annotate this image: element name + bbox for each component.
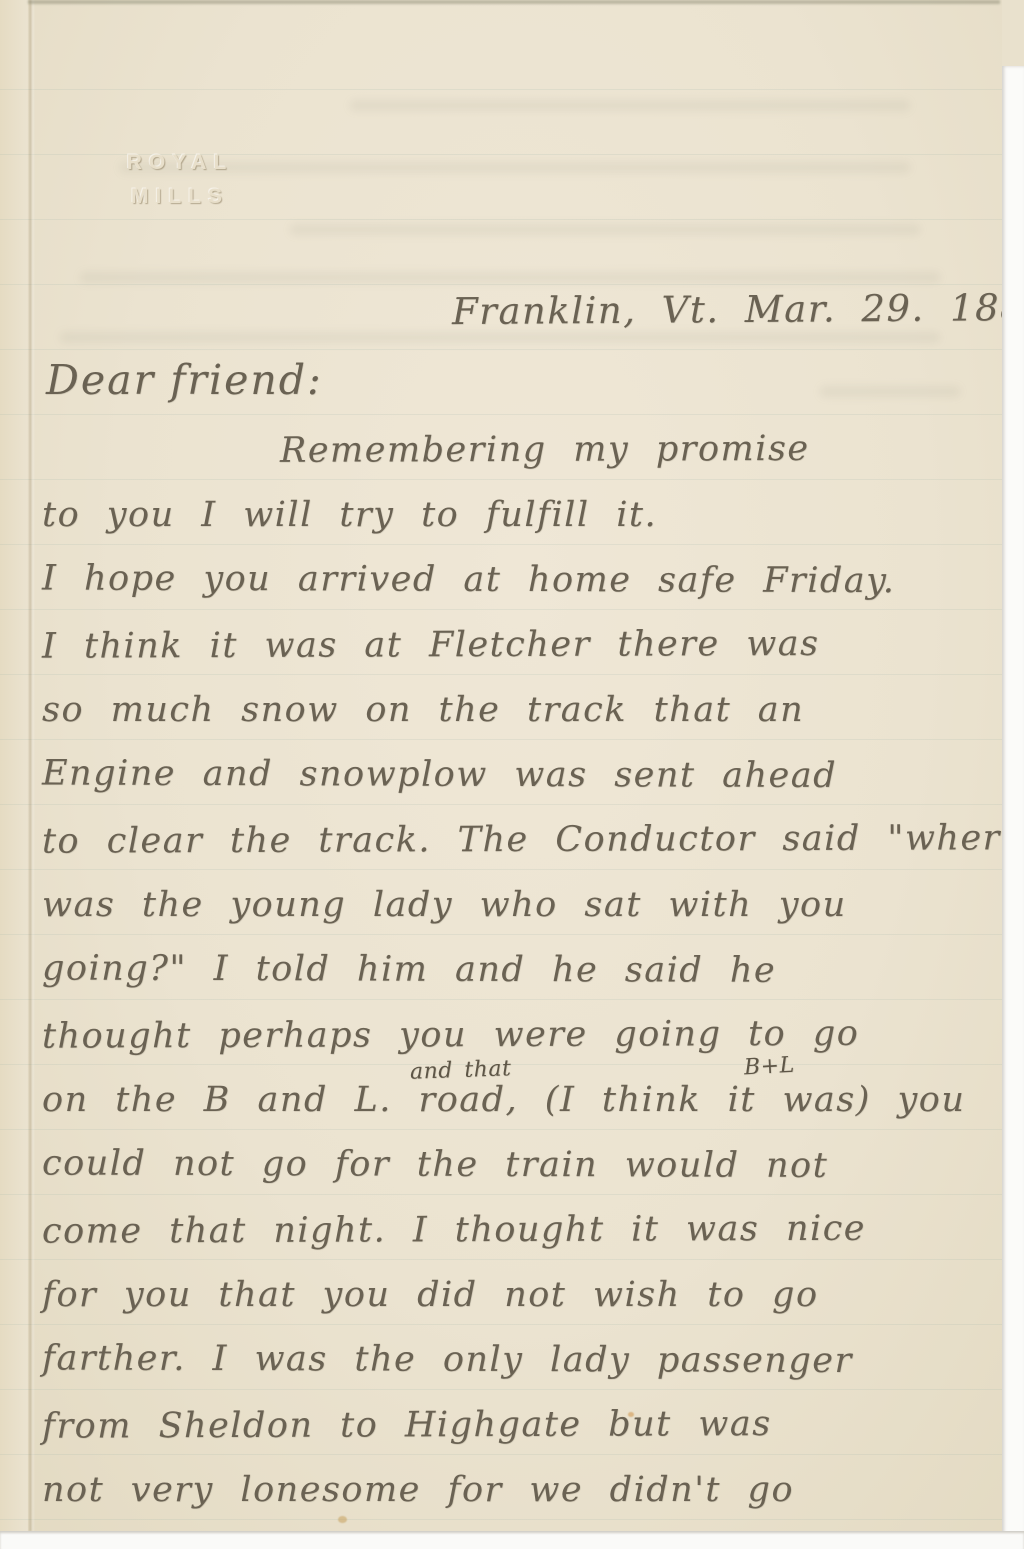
paper-right-edge bbox=[1002, 0, 1024, 66]
letter-paper: ROYAL MILLS Franklin, Vt. Mar. 29. 1885 … bbox=[0, 0, 1002, 1531]
insertion-note-and-that: and that bbox=[410, 1056, 512, 1085]
bleed-through-ghost bbox=[350, 100, 910, 111]
letter-line-text: on the B and L. road, (I think it was) y… bbox=[42, 1080, 965, 1120]
insertion-note-railroad: B+L bbox=[743, 1053, 795, 1081]
letter-body: Remembering my promise to you I will try… bbox=[42, 430, 988, 1535]
letter-line: I hope you arrived at home safe Friday. bbox=[42, 559, 988, 627]
bleed-through-ghost bbox=[80, 272, 940, 283]
letter-line: going?" I told him and he said he bbox=[42, 949, 988, 1017]
paper-left-edge bbox=[0, 0, 28, 1531]
bleed-through-ghost bbox=[290, 224, 920, 235]
scan-background-right bbox=[1002, 66, 1024, 1549]
salutation: Dear friend: bbox=[46, 356, 323, 404]
letter-line: for you that you did not wish to go bbox=[42, 1275, 988, 1340]
letter-line: Remembering my promise bbox=[42, 428, 988, 496]
letter-line: I think it was at Fletcher there was bbox=[42, 623, 988, 691]
scan-background-bottom bbox=[0, 1531, 1024, 1549]
letter-line: to clear the track. The Conductor said "… bbox=[42, 818, 988, 886]
letter-line-with-insertions: and that B+L on the B and L. road, (I th… bbox=[42, 1080, 988, 1145]
embossed-letterhead-line2: MILLS bbox=[100, 180, 260, 214]
letter-line: thought perhaps you were going to go bbox=[42, 1013, 988, 1081]
embossed-letterhead: ROYAL MILLS bbox=[100, 146, 260, 213]
bleed-through-ghost bbox=[820, 386, 960, 397]
scanned-letter-page: ROYAL MILLS Franklin, Vt. Mar. 29. 1885 … bbox=[0, 0, 1024, 1549]
letter-line: could not go for the train would not bbox=[42, 1144, 988, 1212]
letter-line: farther. I was the only lady passenger bbox=[42, 1339, 988, 1407]
letter-line: come that night. I thought it was nice bbox=[42, 1208, 988, 1276]
dateline: Franklin, Vt. Mar. 29. 1885 bbox=[452, 286, 1024, 333]
bleed-through-ghost bbox=[60, 332, 940, 343]
letter-line: so much snow on the track that an bbox=[42, 690, 988, 755]
foxing-speck bbox=[628, 1412, 634, 1417]
letter-line: not very lonesome for we didn't go bbox=[42, 1470, 988, 1535]
scan-edge-shadow bbox=[28, 0, 1000, 4]
letter-line: from Sheldon to Highgate but was bbox=[42, 1403, 988, 1471]
letter-line: to you I will try to fulfill it. bbox=[42, 495, 988, 560]
fold-crease bbox=[28, 0, 35, 1531]
letter-line: was the young lady who sat with you bbox=[42, 885, 988, 950]
letter-line: Engine and snowplow was sent ahead bbox=[42, 754, 988, 822]
embossed-letterhead-line1: ROYAL bbox=[100, 146, 260, 180]
foxing-speck bbox=[338, 1516, 347, 1523]
